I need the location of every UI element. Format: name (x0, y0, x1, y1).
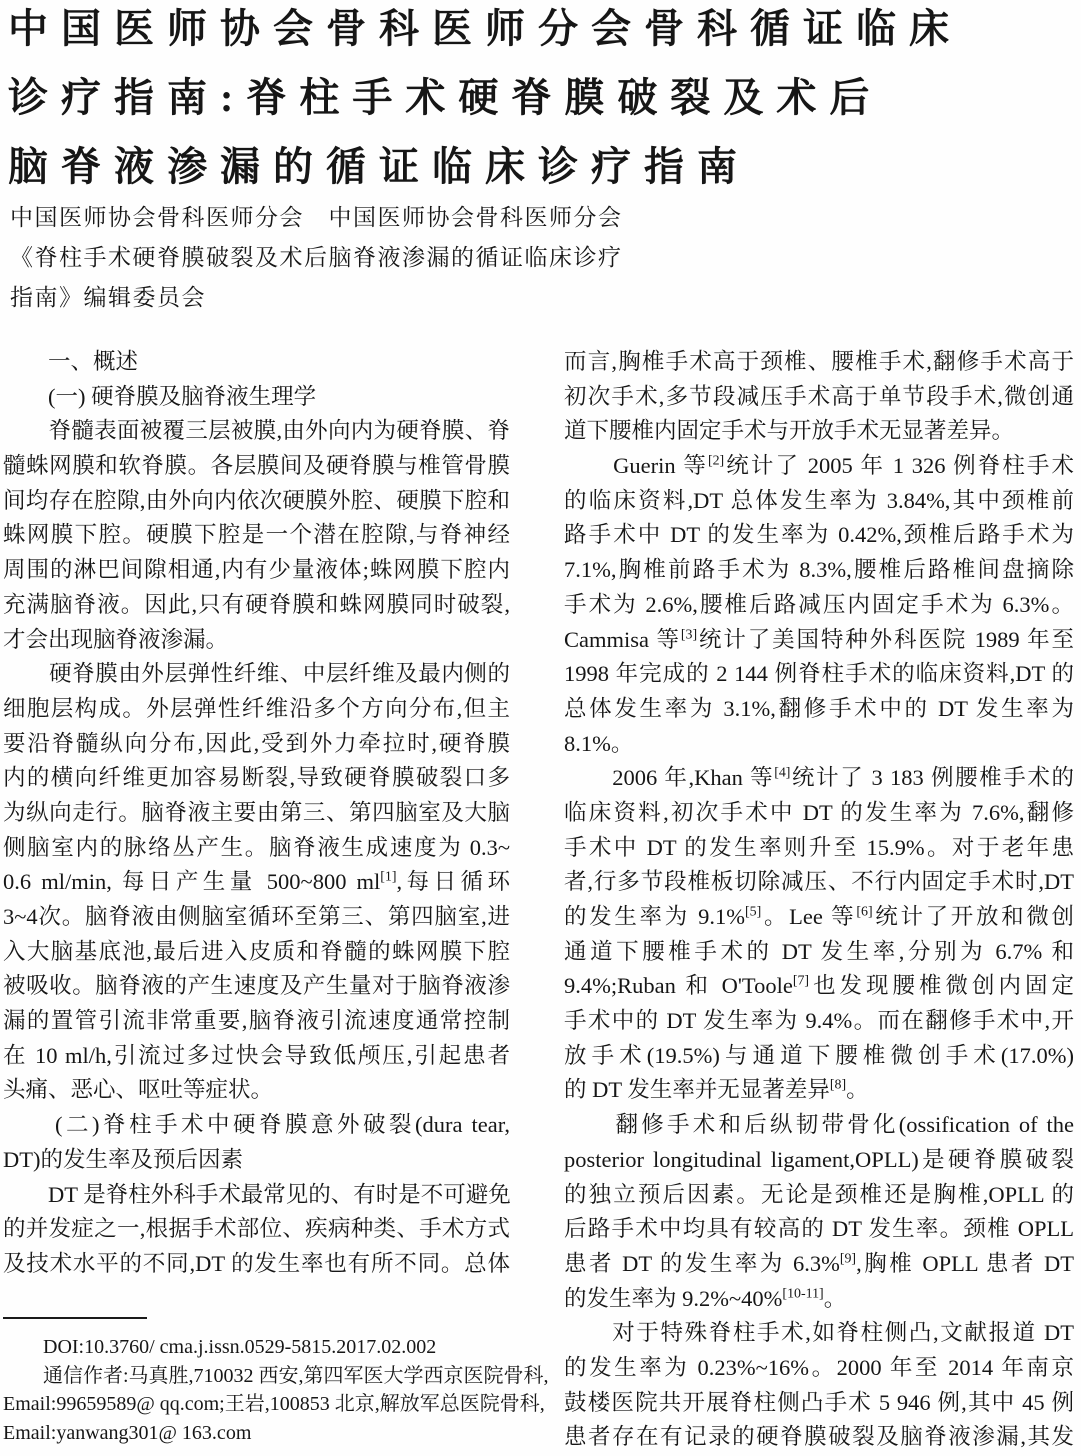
text-line: 临床资料,初次手术中 DT 的发生率为 7.6%,翻修 (564, 796, 1074, 831)
text-line: (二)脊柱手术中硬脊膜意外破裂(dura tear, (3, 1108, 510, 1143)
author-block: 中国医师协会骨科医师分会 中国医师协会骨科医师分会 《脊柱手术硬脊膜破裂及术后脑… (10, 198, 623, 318)
body-column-left: 一、概述 (一) 硬脊膜及脑脊液生理学 脊髓表面被覆三层被膜,由外向内为硬脊膜、… (3, 345, 510, 1282)
text-line: 充满脑脊液。因此,只有硬脊膜和蛛网膜同时破裂, (3, 588, 510, 623)
author-line: 中国医师协会骨科医师分会 中国医师协会骨科医师分会 (10, 198, 623, 238)
text-line: 者,行多节段椎板切除减压、不行内固定手术时,DT (564, 865, 1074, 900)
text-line: 头痛、恶心、呕吐等症状。 (3, 1073, 510, 1108)
text-line: 而言,胸椎手术高于颈椎、腰椎手术,翻修手术高于 (564, 345, 1074, 380)
text-line: Email:yanwang301@ 163.com (3, 1419, 511, 1448)
text-line: 9.4%;Ruban 和 O'Toole[7]也发现腰椎微创内固定 (564, 969, 1074, 1004)
title-line: 诊疗指南:脊柱手术硬脊膜破裂及术后 (8, 63, 962, 132)
text-line: 通信作者:马真胜,710032 西安,第四军医大学西京医院骨科, (3, 1362, 511, 1391)
text-line: 入大脑基底池,最后进入皮质和脊髓的蛛网膜下腔 (3, 935, 510, 970)
text-line: 要沿脊髓纵向分布,因此,受到外力牵拉时,硬脊膜 (3, 727, 510, 762)
citation-ref: [4] (774, 766, 790, 781)
text-line: 侧脑室内的脉络丛产生。脑脊液生成速度为 0.3~ (3, 831, 510, 866)
text-line: 通道下腰椎手术的 DT 发生率,分别为 6.7% 和 (564, 935, 1074, 970)
text-line: 路手术中 DT 的发生率为 0.42%,颈椎后路手术为 (564, 518, 1074, 553)
text-line: 放手术(19.5%)与通道下腰椎微创手术(17.0%) (564, 1039, 1074, 1074)
author-line: 指南》编辑委员会 (10, 278, 623, 318)
citation-ref: [3] (681, 627, 697, 642)
paper-page: 中国医师协会骨科医师分会骨科循证临床 诊疗指南:脊柱手术硬脊膜破裂及术后 脑脊液… (0, 0, 1081, 1456)
text-line: 的独立预后因素。无论是颈椎还是胸椎,OPLL 的 (564, 1178, 1074, 1213)
citation-ref: [5] (745, 905, 761, 920)
text-line: 的并发症之一,根据手术部位、疾病种类、手术方式 (3, 1212, 510, 1247)
citation-ref: [10-11] (782, 1286, 823, 1301)
author-line: 《脊柱手术硬脊膜破裂及术后脑脊液渗漏的循证临床诊疗 (10, 238, 623, 278)
text-line: 一、概述 (3, 345, 510, 380)
body-column-right: 而言,胸椎手术高于颈椎、腰椎手术,翻修手术高于初次手术,多节段减压手术高于单节段… (564, 345, 1074, 1455)
text-line: 2006 年,Khan 等[4]统计了 3 183 例腰椎手术的 (564, 761, 1074, 796)
text-line: 患者存在有记录的硬脊膜破裂及脑脊液渗漏,其发 (564, 1420, 1074, 1455)
citation-ref: [6] (856, 905, 872, 920)
title-line: 脑脊液渗漏的循证临床诊疗指南 (8, 132, 962, 201)
text-line: Guerin 等[2]统计了 2005 年 1 326 例脊柱手术 (564, 449, 1074, 484)
text-line: 总体发生率为 3.1%,翻修手术中的 DT 发生率为 (564, 692, 1074, 727)
text-line: 在 10 ml/h,引流过多过快会导致低颅压,引起患者 (3, 1039, 510, 1074)
text-line: 蛛网膜下腔。硬膜下腔是一个潜在腔隙,与脊神经 (3, 518, 510, 553)
text-line: 3~4次。脑脊液由侧脑室循环至第三、第四脑室,进 (3, 900, 510, 935)
text-line: Email:99659589@ qq.com;王岩,100853 北京,解放军总… (3, 1390, 511, 1419)
footnote-block: DOI:10.3760/ cma.j.issn.0529-5815.2017.0… (3, 1333, 511, 1447)
text-line: posterior longitudinal ligament,OPLL)是硬脊… (564, 1143, 1074, 1178)
text-line: DT 是脊柱外科手术最常见的、有时是不可避免 (3, 1178, 510, 1213)
text-line: 为纵向走行。脑脊液主要由第三、第四脑室及大脑 (3, 796, 510, 831)
citation-ref: [2] (708, 454, 724, 469)
text-line: 手术中的 DT 发生率为 9.4%。而在翻修手术中,开 (564, 1004, 1074, 1039)
text-line: DOI:10.3760/ cma.j.issn.0529-5815.2017.0… (3, 1333, 511, 1362)
text-line: 硬脊膜由外层弹性纤维、中层纤维及最内侧的 (3, 657, 510, 692)
citation-ref: [8] (830, 1078, 846, 1093)
text-line: 道下腰椎内固定手术与开放手术无显著差异。 (564, 414, 1074, 449)
text-line: 脊髓表面被覆三层被膜,由外向内为硬脊膜、脊 (3, 414, 510, 449)
title-line: 中国医师协会骨科医师分会骨科循证临床 (8, 0, 962, 63)
citation-ref: [9] (840, 1251, 856, 1266)
text-line: 髓蛛网膜和软脊膜。各层膜间及硬脊膜与椎管骨膜 (3, 449, 510, 484)
text-line: DT)的发生率及预后因素 (3, 1143, 510, 1178)
text-line: 周围的淋巴间隙相通,内有少量液体;蛛网膜下腔内 (3, 553, 510, 588)
text-line: 0.6 ml/min, 每日产生量 500~800 ml[1],每日循环 (3, 865, 510, 900)
text-line: 手术中 DT 的发生率则升至 15.9%。对于老年患 (564, 831, 1074, 866)
citation-ref: [7] (793, 974, 809, 989)
text-line: 间均存在腔隙,由外向内依次硬膜外腔、硬膜下腔和 (3, 484, 510, 519)
text-line: 后路手术中均具有较高的 DT 发生率。颈椎 OPLL (564, 1212, 1074, 1247)
text-line: 的发生率为 9.2%~40%[10-11]。 (564, 1282, 1074, 1317)
text-line: 初次手术,多节段减压手术高于单节段手术,微创通 (564, 380, 1074, 415)
text-line: 细胞层构成。外层弹性纤维沿多个方向分布,但主 (3, 692, 510, 727)
text-line: 患者 DT 的发生率为 6.3%[9],胸椎 OPLL 患者 DT (564, 1247, 1074, 1282)
text-line: 的 DT 发生率并无显著差异[8]。 (564, 1073, 1074, 1108)
text-line: 对于特殊脊柱手术,如脊柱侧凸,文献报道 DT (564, 1316, 1074, 1351)
text-line: 7.1%,胸椎前路手术为 8.3%,腰椎后路椎间盘摘除 (564, 553, 1074, 588)
text-line: 才会出现脑脊液渗漏。 (3, 623, 510, 658)
text-line: 被吸收。脑脊液的产生速度及产生量对于脑脊液渗 (3, 969, 510, 1004)
text-line: 内的横向纤维更加容易断裂,导致硬脊膜破裂口多 (3, 761, 510, 796)
text-line: 的临床资料,DT 总体发生率为 3.84%,其中颈椎前 (564, 484, 1074, 519)
text-line: 鼓楼医院共开展脊柱侧凸手术 5 946 例,其中 45 例 (564, 1386, 1074, 1421)
text-line: 的发生率为 9.1%[5]。Lee 等[6]统计了开放和微创 (564, 900, 1074, 935)
text-line: 的发生率为 0.23%~16%。2000 年至 2014 年南京 (564, 1351, 1074, 1386)
text-line: 漏的置管引流非常重要,脑脊液引流速度通常控制 (3, 1004, 510, 1039)
paper-title: 中国医师协会骨科医师分会骨科循证临床 诊疗指南:脊柱手术硬脊膜破裂及术后 脑脊液… (8, 0, 962, 201)
text-line: 1998 年完成的 2 144 例脊柱手术的临床资料,DT 的 (564, 657, 1074, 692)
text-line: 8.1%。 (564, 727, 1074, 762)
text-line: Cammisa 等[3]统计了美国特种外科医院 1989 年至 (564, 623, 1074, 658)
text-line: 手术为 2.6%,腰椎后路减压内固定手术为 6.3%。 (564, 588, 1074, 623)
text-line: 及技术水平的不同,DT 的发生率也有所不同。总体 (3, 1247, 510, 1282)
text-line: 翻修手术和后纵韧带骨化(ossification of the (564, 1108, 1074, 1143)
citation-ref: [1] (380, 870, 396, 885)
footnote-divider (3, 1317, 147, 1319)
text-line: (一) 硬脊膜及脑脊液生理学 (3, 380, 510, 415)
